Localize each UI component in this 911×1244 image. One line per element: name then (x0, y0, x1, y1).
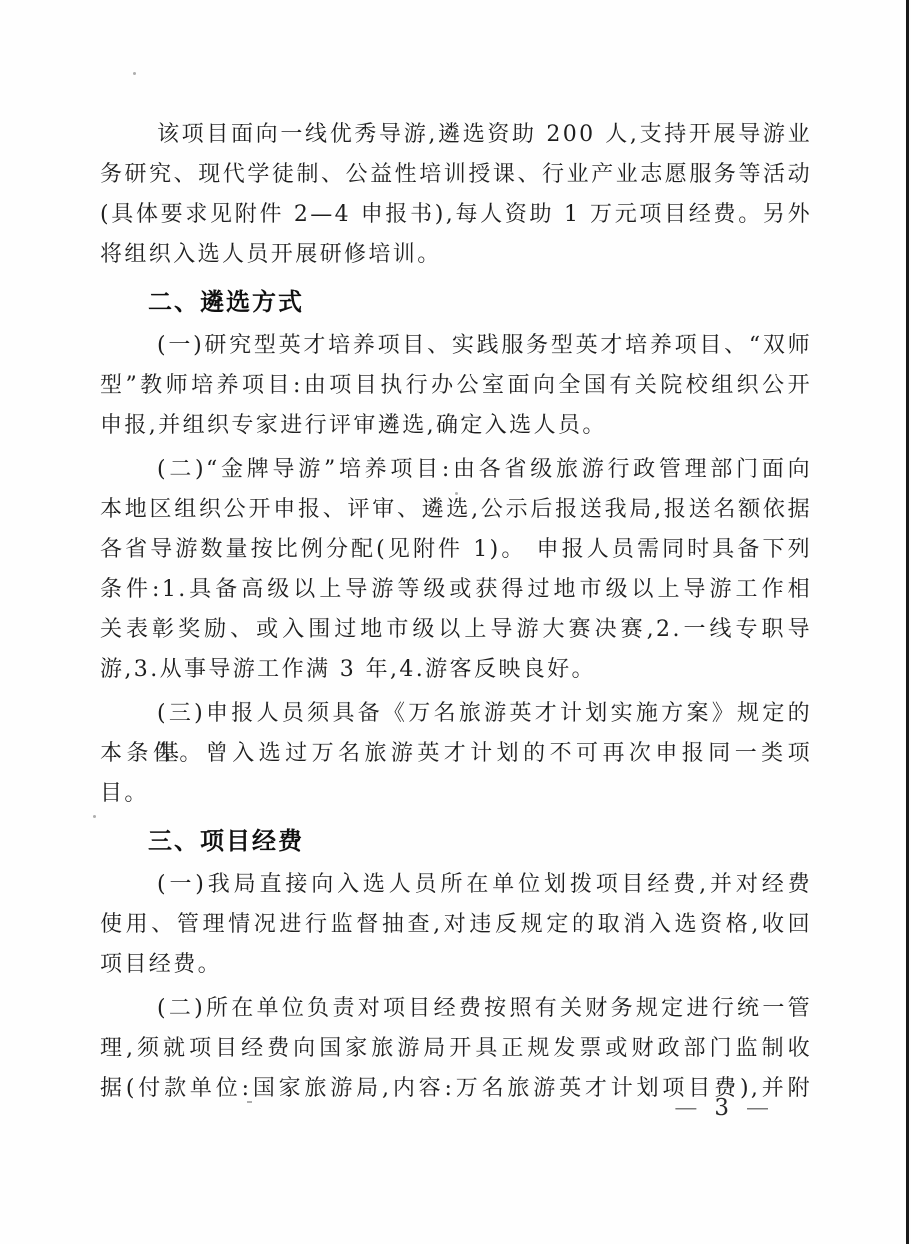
text-line: 理,须就项目经费向国家旅游局开具正规发票或财政部门监制收 (100, 1029, 812, 1069)
text-line: (二)所在单位负责对项目经费按照有关财务规定进行统一管 (100, 989, 812, 1029)
text-line: 务研究、现代学徒制、公益性培训授课、行业产业志愿服务等活动 (100, 155, 812, 195)
page-number: 3 (714, 1095, 730, 1121)
text-line: 条件:1.具备高级以上导游等级或获得过地市级以上导游工作相 (100, 570, 812, 610)
text-line: 申报,并组织专家进行评审遴选,确定入选人员。 (100, 406, 812, 446)
scan-speck (93, 815, 96, 818)
document-body: 该项目面向一线优秀导游,遴选资助 200 人,支持开展导游业 务研究、现代学徒制… (100, 111, 812, 1109)
section-heading-project-funding: 三、项目经费 (100, 821, 812, 861)
footer-dash-right: — (746, 1095, 770, 1121)
page-footer: — 3 — (674, 1095, 770, 1121)
text-line: 关表彰奖励、或入围过地市级以上导游大赛决赛,2.一线专职导 (100, 610, 812, 650)
text-line: 各省导游数量按比例分配(见附件 1)。 申报人员需同时具备下列 (100, 530, 812, 570)
text-line: 该项目面向一线优秀导游,遴选资助 200 人,支持开展导游业 (100, 115, 812, 155)
text-line: 将组织入选人员开展研修培训。 (100, 235, 812, 275)
text-line: (具体要求见附件 2—4 申报书),每人资助 1 万元项目经费。另外 (100, 195, 812, 235)
text-line: 目。 (100, 774, 812, 814)
scanned-document-page: 该项目面向一线优秀导游,遴选资助 200 人,支持开展导游业 务研究、现代学徒制… (0, 0, 911, 1244)
text-line: 使用、管理情况进行监督抽查,对违反规定的取消入选资格,收回 (100, 905, 812, 945)
text-line: 项目经费。 (100, 945, 812, 985)
text-line: (二)“金牌导游”培养项目:由各省级旅游行政管理部门面向 (100, 450, 812, 490)
text-line: 本条件。曾入选过万名旅游英才计划的不可再次申报同一类项 (100, 734, 812, 774)
section-heading-selection-method: 二、遴选方式 (100, 282, 812, 322)
text-line: 本地区组织公开申报、评审、遴选,公示后报送我局,报送名额依据 (100, 490, 812, 530)
text-line: 游,3.从事导游工作满 3 年,4.游客反映良好。 (100, 650, 812, 690)
text-line: (一)我局直接向入选人员所在单位划拨项目经费,并对经费 (100, 865, 812, 905)
scan-speck (133, 72, 136, 75)
footer-dash-left: — (674, 1095, 698, 1121)
text-line: (一)研究型英才培养项目、实践服务型英才培养项目、“双师 (100, 326, 812, 366)
scan-edge-line (906, 0, 909, 1244)
text-line: (三)申报人员须具备《万名旅游英才计划实施方案》规定的基 (100, 694, 812, 734)
text-line: 型”教师培养项目:由项目执行办公室面向全国有关院校组织公开 (100, 366, 812, 406)
